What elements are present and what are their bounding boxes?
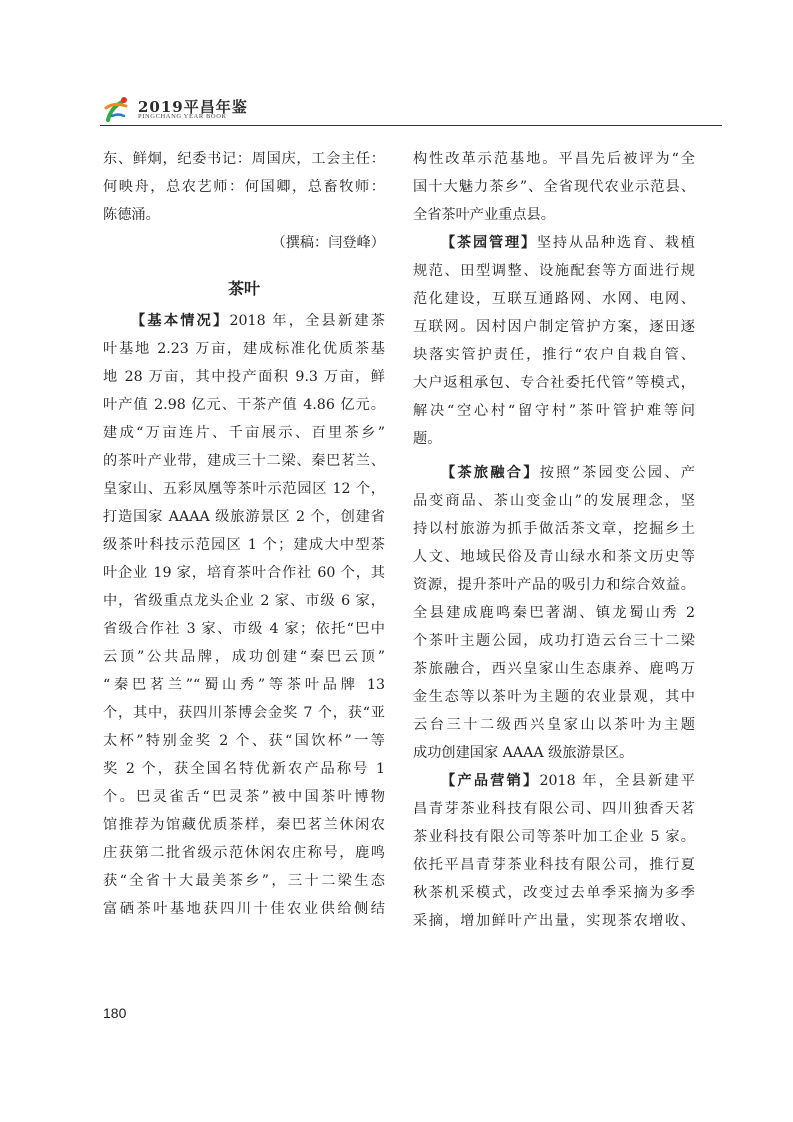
- text-line: 品变商品、茶山变金山”的发展理念，坚: [413, 487, 695, 515]
- text-line: 块落实管护责任，推行“农户自栽自管、: [413, 341, 695, 369]
- text-line: 构性改革示范基地。平昌先后被评为“全: [413, 145, 695, 173]
- text-line: 依托平昌青芽茶业科技有限公司，推行夏: [413, 851, 695, 879]
- text-line: 何映舟，总农艺师：何国卿，总畜牧师：: [103, 173, 385, 201]
- text-line: 持以村旅游为抓手做活茶文章，挖掘乡土: [413, 515, 695, 543]
- page-header: 2019平昌年鉴 PINGCHANG YEAR BOOK: [100, 92, 722, 126]
- text-line: 获“全省十大最美茶乡”，三十二梁生态: [103, 867, 385, 895]
- text-line: 地 28 万亩，其中投产面积 9.3 万亩，鲜: [103, 363, 385, 391]
- paragraph-start: 【产品营销】2018 年，全县新建平: [413, 767, 695, 795]
- text-line: 采摘，增加鲜叶产出量，实现茶农增收、: [413, 907, 695, 935]
- header-divider: [100, 125, 722, 126]
- text-line: 馆推荐为馆藏优质茶样，秦巴茗兰休闲农: [103, 811, 385, 839]
- text-line: 太杯”特别金奖 2 个、获“国饮杯”一等: [103, 727, 385, 755]
- text-line: 个，其中，获四川茶博会金奖 7 个，获“亚: [103, 699, 385, 727]
- byline: （撰稿：闫登峰）: [103, 229, 385, 257]
- text-line: 秋茶机采模式，改变过去单季采摘为多季: [413, 879, 695, 907]
- text-line: 陈德涌。: [103, 201, 385, 229]
- left-column: 东、鲜炯，纪委书记：周国庆，工会主任： 何映舟，总农艺师：何国卿，总畜牧师： 陈…: [103, 145, 385, 923]
- text-line: 东、鲜炯，纪委书记：周国庆，工会主任：: [103, 145, 385, 173]
- subsection-heading: 【基本情况】: [131, 313, 229, 329]
- section-title: 茶叶: [103, 275, 385, 303]
- text-line: 的茶叶产业带，建成三十二梁、秦巴茗兰、: [103, 447, 385, 475]
- subsection-heading: 【产品营销】: [441, 773, 539, 789]
- text-line: 叶企业 19 家，培育茶叶合作社 60 个，其: [103, 559, 385, 587]
- text-line: 省级合作社 3 家、市级 4 家；依托“巴中: [103, 615, 385, 643]
- text-line: 叶产值 2.98 亿元、干茶产值 4.86 亿元。: [103, 391, 385, 419]
- subsection-heading: 【茶园管理】: [441, 235, 537, 251]
- text-line: 全省茶叶产业重点县。: [413, 201, 695, 229]
- text-line: 互联网。因村因户制定管护方案，逐田逐: [413, 313, 695, 341]
- text-line: 资源，提升茶叶产品的吸引力和综合效益。: [413, 571, 695, 599]
- text-line: 解决“空心村“留守村”茶叶管护难等问: [413, 397, 695, 425]
- text-line: 范化建设，互联互通路网、水网、电网、: [413, 285, 695, 313]
- pingchang-logo-icon: [102, 94, 132, 124]
- subsection-heading: 【茶旅融合】: [441, 465, 540, 481]
- text-run: 坚持从品种选育、栽植: [537, 235, 695, 251]
- paragraph-start: 【茶旅融合】按照”茶园变公园、产: [413, 459, 695, 487]
- text-line: “秦巴茗兰”“蜀山秀”等茶叶品牌 13: [103, 671, 385, 699]
- text-line: 题。: [413, 425, 695, 453]
- text-line: 奖 2 个，获全国名特优新农产品称号 1: [103, 755, 385, 783]
- text-line: 打造国家 AAAA 级旅游景区 2 个，创建省: [103, 503, 385, 531]
- right-column: 构性改革示范基地。平昌先后被评为“全 国十大魅力茶乡”、全省现代农业示范县、 全…: [413, 145, 695, 935]
- paragraph-start: 【基本情况】2018 年，全县新建茶: [103, 307, 385, 335]
- yearbook-subtitle: PINGCHANG YEAR BOOK: [138, 113, 227, 120]
- text-run: 2018 年，全县新建茶: [229, 313, 385, 329]
- text-line: 成功创建国家 AAAA 级旅游景区。: [413, 739, 695, 767]
- text-line: 规范、田型调整、设施配套等方面进行规: [413, 257, 695, 285]
- text-line: 国十大魅力茶乡”、全省现代农业示范县、: [413, 173, 695, 201]
- text-line: 级茶叶科技示范园区 1 个；建成大中型茶: [103, 531, 385, 559]
- text-line: 庄获第二批省级示范休闲农庄称号，鹿鸣: [103, 839, 385, 867]
- text-line: 云台三十二级西兴皇家山以茶叶为主题: [413, 711, 695, 739]
- text-line: 富硒茶叶基地获四川十佳农业供给侧结: [103, 895, 385, 923]
- text-run: 2018 年，全县新建平: [539, 773, 695, 789]
- text-line: 金生态等以茶叶为主题的农业景观，其中: [413, 683, 695, 711]
- text-line: 茶旅融合，西兴皇家山生态康养、鹿鸣万: [413, 655, 695, 683]
- text-line: 中，省级重点龙头企业 2 家、市级 6 家，: [103, 587, 385, 615]
- text-line: 个。巴灵雀舌“巴灵茶”被中国茶叶博物: [103, 783, 385, 811]
- text-line: 大户返租承包、专合社委托代管”等模式，: [413, 369, 695, 397]
- paragraph-start: 【茶园管理】坚持从品种选育、栽植: [413, 229, 695, 257]
- text-line: 茶业科技有限公司等茶叶加工企业 5 家。: [413, 823, 695, 851]
- text-run: 按照”茶园变公园、产: [540, 465, 695, 481]
- text-line: 云顶”公共品牌，成功创建“秦巴云顶”: [103, 643, 385, 671]
- text-line: 叶基地 2.23 万亩，建成标准化优质茶基: [103, 335, 385, 363]
- text-line: 建成“万亩连片、千亩展示、百里茶乡”: [103, 419, 385, 447]
- text-line: 皇家山、五彩凤凰等茶叶示范园区 12 个，: [103, 475, 385, 503]
- text-line: 人文、地域民俗及青山绿水和茶文历史等: [413, 543, 695, 571]
- text-line: 个茶叶主题公园，成功打造云台三十二梁: [413, 627, 695, 655]
- text-line: 全县建成鹿鸣秦巴著湖、镇龙蜀山秀 2: [413, 599, 695, 627]
- text-line: 昌青芽茶业科技有限公司、四川独香天茗: [413, 795, 695, 823]
- page-number: 180: [103, 1005, 126, 1021]
